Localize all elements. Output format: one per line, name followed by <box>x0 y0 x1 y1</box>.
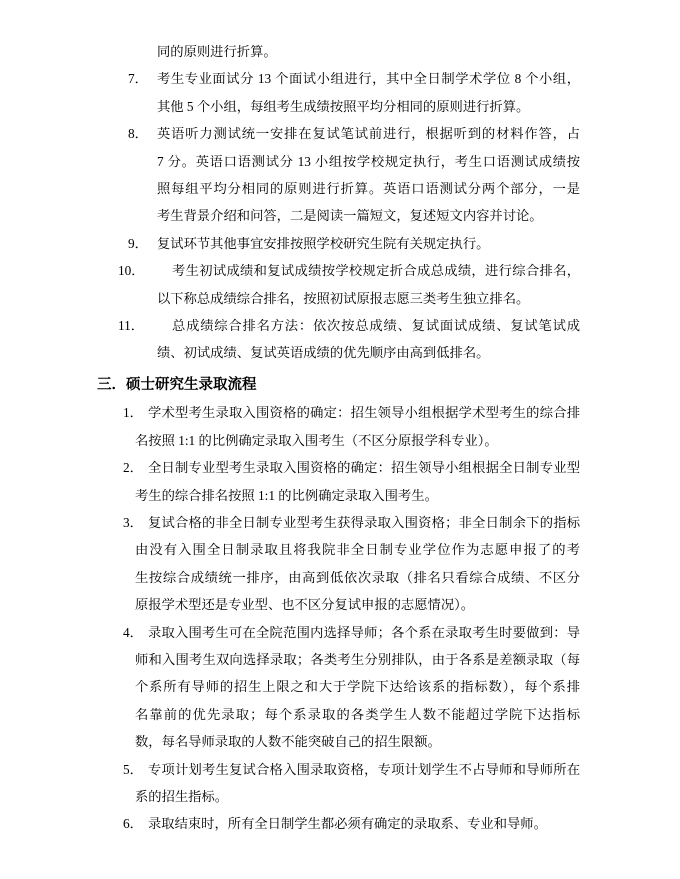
text-line: 10．考生初试成绩和复试成绩按学校规定折合成总成绩，进行综合排名， <box>157 257 580 284</box>
list-item: 8．英语听力测试统一安排在复试笔试前进行，根据听到的材料作答，占7 分。英语口语… <box>0 120 680 230</box>
text-line: 名按照 1:1 的比例确定录取入围考生（不区分原报学科专业）。 <box>135 427 580 454</box>
text-line: 绩、初试成绩、复试英语成绩的优先顺序由高到低排名。 <box>157 339 580 366</box>
item-number: 8． <box>128 120 148 147</box>
text-line: 原报学术型还是专业型、也不区分复试申报的志愿情况）。 <box>135 591 580 618</box>
item-number: 1． <box>123 399 143 426</box>
text-line: 个系所有导师的招生上限之和大于学院下达给该系的指标数），每个系排 <box>135 673 580 700</box>
text-line: 1．学术型考生录取入围资格的确定：招生领导小组根据学术型考生的综合排 <box>135 399 580 426</box>
text-line: 由没有入围全日制录取且将我院非全日制专业学位作为志愿申报了的考 <box>135 536 580 563</box>
text-line: 以下称总成绩综合排名，按照初试原报志愿三类考生独立排名。 <box>157 285 580 312</box>
list-item: 1．学术型考生录取入围资格的确定：招生领导小组根据学术型考生的综合排名按照 1:… <box>0 399 680 454</box>
item-number: 3． <box>123 509 143 536</box>
text-line: 4．录取入围考生可在全院范围内选择导师；各个系在录取考生时要做到：导 <box>135 619 580 646</box>
list-item: 7．考生专业面试分 13 个面试小组进行，其中全日制学术学位 8 个小组，其他 … <box>0 65 680 120</box>
text-line: 7．考生专业面试分 13 个面试小组进行，其中全日制学术学位 8 个小组， <box>157 65 580 92</box>
numbered-list-review-procedure: 7．考生专业面试分 13 个面试小组进行，其中全日制学术学位 8 个小组，其他 … <box>0 65 680 366</box>
text-line: 8．英语听力测试统一安排在复试笔试前进行，根据听到的材料作答，占 <box>157 120 580 147</box>
numbered-list-admission-process: 1．学术型考生录取入围资格的确定：招生领导小组根据学术型考生的综合排名按照 1:… <box>0 399 680 838</box>
text-line: 11．总成绩综合排名方法：依次按总成绩、复试面试成绩、复试笔试成 <box>157 312 580 339</box>
list-item: 2．全日制专业型考生录取入围资格的确定：招生领导小组根据全日制专业型考生的综合排… <box>0 454 680 509</box>
text-line: 系的招生指标。 <box>135 783 580 810</box>
text-line: 照每组平均分相同的原则进行折算。英语口语测试分两个部分，一是 <box>157 175 580 202</box>
item-number: 5． <box>123 756 143 783</box>
item-number: 11． <box>118 312 144 339</box>
item-number: 2． <box>123 454 143 481</box>
item-number: 4． <box>123 619 143 646</box>
text-line: 5．专项计划考生复试合格入围录取资格，专项计划学生不占导师和导师所在 <box>135 756 580 783</box>
list-item: 4．录取入围考生可在全院范围内选择导师；各个系在录取考生时要做到：导师和入围考生… <box>0 619 680 756</box>
text-line: 数，每名导师录取的人数不能突破自己的招生限额。 <box>135 728 580 755</box>
item-number: 10． <box>118 257 145 284</box>
text-line: 9．复试环节其他事宜安排按照学校研究生院有关规定执行。 <box>157 230 580 257</box>
section-heading-admission-process: 三．硕士研究生录取流程 <box>97 372 680 399</box>
list-item: 9．复试环节其他事宜安排按照学校研究生院有关规定执行。 <box>0 230 680 257</box>
item-number: 9． <box>128 230 148 257</box>
list-item: 3．复试合格的非全日制专业型考生获得录取入围资格；非全日制余下的指标由没有入围全… <box>0 509 680 619</box>
text-line: 生按综合成绩统一排序，由高到低依次录取（排名只看综合成绩、不区分 <box>135 564 580 591</box>
item-number: 6． <box>123 810 143 837</box>
document-body: 同的原则进行折算。 7．考生专业面试分 13 个面试小组进行，其中全日制学术学位… <box>0 38 680 838</box>
list-item: 10．考生初试成绩和复试成绩按学校规定折合成总成绩，进行综合排名，以下称总成绩综… <box>0 257 680 312</box>
text-line: 考生背景介绍和问答，二是阅读一篇短文，复述短文内容并讨论。 <box>157 202 580 229</box>
item-number: 7． <box>128 65 148 92</box>
text-line: 考生的综合排名按照 1:1 的比例确定录取入围考生。 <box>135 482 580 509</box>
list-item: 11．总成绩综合排名方法：依次按总成绩、复试面试成绩、复试笔试成绩、初试成绩、复… <box>0 312 680 367</box>
text-line: 师和入围考生双向选择录取；各类考生分别排队，由于各系是差额录取（每 <box>135 646 580 673</box>
text-line: 名靠前的优先录取；每个系录取的各类学生人数不能超过学院下达指标 <box>135 701 580 728</box>
text-line: 2．全日制专业型考生录取入围资格的确定：招生领导小组根据全日制专业型 <box>135 454 580 481</box>
list-item: 6．录取结束时，所有全日制学生都必须有确定的录取系、专业和导师。 <box>0 810 680 837</box>
text-line: 3．复试合格的非全日制专业型考生获得录取入围资格；非全日制余下的指标 <box>135 509 580 536</box>
text-line: 6．录取结束时，所有全日制学生都必须有确定的录取系、专业和导师。 <box>135 810 580 837</box>
list-item: 5．专项计划考生复试合格入围录取资格，专项计划学生不占导师和导师所在系的招生指标… <box>0 756 680 811</box>
text-line: 7 分。英语口语测试分 13 小组按学校规定执行，考生口语测试成绩按 <box>157 148 580 175</box>
text-line: 其他 5 个小组，每组考生成绩按照平均分相同的原则进行折算。 <box>157 93 580 120</box>
paragraph-continuation: 同的原则进行折算。 <box>157 38 580 65</box>
